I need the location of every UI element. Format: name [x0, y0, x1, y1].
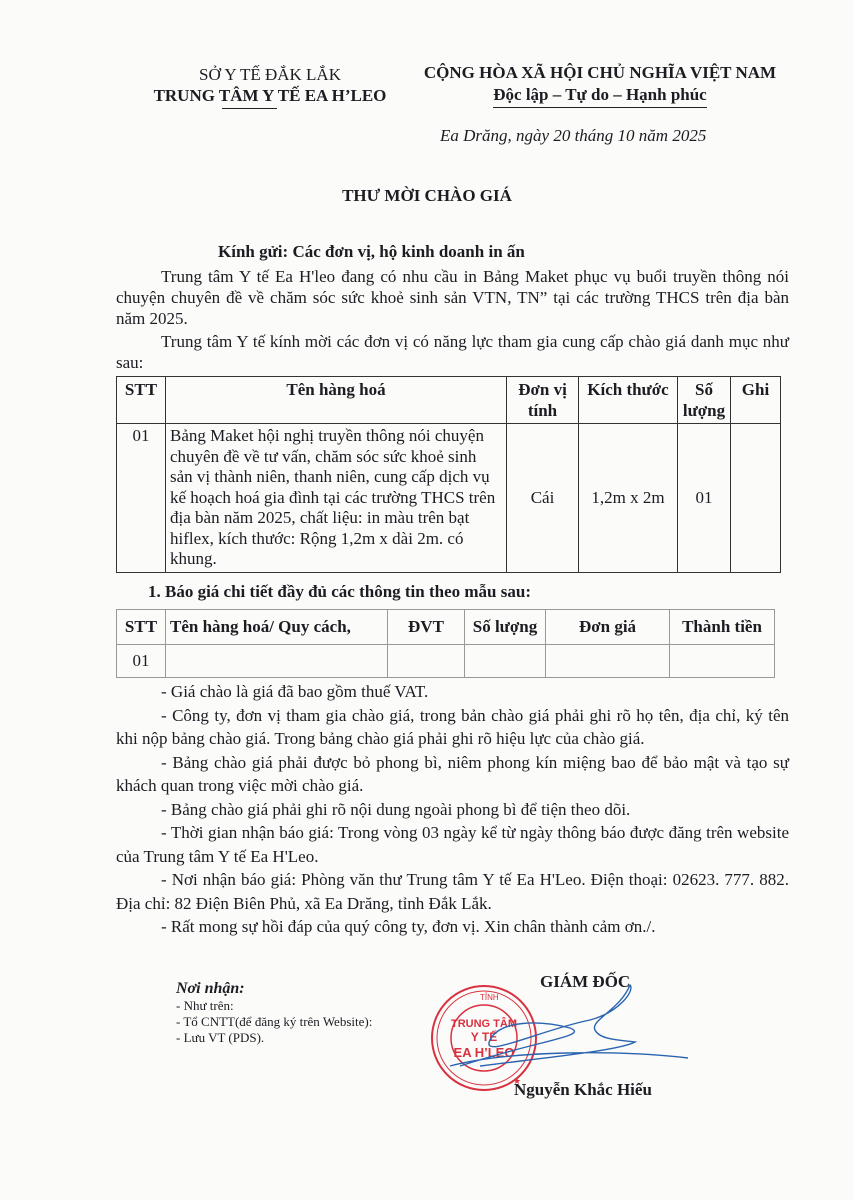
national-motto: Độc lập – Tự do – Hạnh phúc: [493, 84, 706, 108]
conditions-list: - Giá chào là giá đã bao gồm thuế VAT. -…: [116, 680, 789, 939]
svg-text:TỈNH: TỈNH: [480, 993, 499, 1002]
recipients-heading: Nơi nhận:: [176, 980, 372, 998]
cell-unit: [388, 645, 465, 678]
recipient-item: - Như trên:: [176, 998, 372, 1014]
org-underline: [222, 108, 277, 109]
col-stt: STT: [117, 610, 166, 645]
cell-unit-price: [546, 645, 670, 678]
org-parent: SỞ Y TẾ ĐẮK LẮK: [120, 64, 420, 85]
col-stt: STT: [117, 377, 166, 424]
condition-item: - Bảng chào giá phải được bỏ phong bì, n…: [116, 751, 789, 798]
org-name: TRUNG TÂM Y TẾ EA H’LEO: [120, 85, 420, 106]
col-total: Thành tiền: [670, 610, 775, 645]
cell-qty: [465, 645, 546, 678]
issuing-organization: SỞ Y TẾ ĐẮK LẮK TRUNG TÂM Y TẾ EA H’LEO: [120, 64, 420, 106]
greeting: Kính gửi: Các đơn vị, hộ kinh doanh in ấ…: [218, 242, 525, 262]
svg-text:Y TẾ: Y TẾ: [471, 1029, 497, 1044]
official-stamp-icon: TRUNG TÂM Y TẾ EA H’LEO TỈNH ★: [432, 986, 536, 1090]
table-row: 01 Bảng Maket hội nghị truyền thông nói …: [117, 424, 781, 573]
national-header: CỘNG HÒA XÃ HỘI CHỦ NGHĨA VIỆT NAM Độc l…: [400, 62, 800, 108]
cell-note: [731, 424, 781, 573]
document-title: THƯ MỜI CHÀO GIÁ: [0, 186, 854, 206]
recipients-block: Nơi nhận: - Như trên: - Tổ CNTT(để đăng …: [176, 980, 372, 1046]
col-unit: Đơn vị tính: [507, 377, 579, 424]
cell-name: Bảng Maket hội nghị truyền thông nói chu…: [166, 424, 507, 573]
cell-stt: 01: [117, 645, 166, 678]
condition-item: - Nơi nhận báo giá: Phòng văn thư Trung …: [116, 868, 789, 915]
recipient-item: - Tổ CNTT(để đăng ký trên Website):: [176, 1014, 372, 1030]
cell-qty: 01: [678, 424, 731, 573]
condition-item: - Công ty, đơn vị tham gia chào giá, tro…: [116, 704, 789, 751]
quote-table-header: STT Tên hàng hoá/ Quy cách, ĐVT Số lượng…: [117, 610, 775, 645]
items-table-header: STT Tên hàng hoá Đơn vị tính Kích thước …: [117, 377, 781, 424]
cell-name-spec: [166, 645, 388, 678]
col-note: Ghi: [731, 377, 781, 424]
table-row: 01: [117, 645, 775, 678]
col-unit-price: Đơn giá: [546, 610, 670, 645]
cell-total: [670, 645, 775, 678]
svg-text:TRUNG TÂM: TRUNG TÂM: [451, 1017, 517, 1030]
col-size: Kích thước: [579, 377, 678, 424]
col-unit: ĐVT: [388, 610, 465, 645]
cell-size: 1,2m x 2m: [579, 424, 678, 573]
items-table: STT Tên hàng hoá Đơn vị tính Kích thước …: [116, 376, 781, 573]
col-name: Tên hàng hoá: [166, 377, 507, 424]
col-qty: Số lượng: [465, 610, 546, 645]
condition-item: - Thời gian nhận báo giá: Trong vòng 03 …: [116, 821, 789, 868]
intro-paragraph-2: Trung tâm Y tế kính mời các đơn vị có nă…: [116, 331, 789, 373]
cell-unit: Cái: [507, 424, 579, 573]
recipient-item: - Lưu VT (PDS).: [176, 1030, 372, 1046]
col-qty: Số lượng: [678, 377, 731, 424]
condition-item: - Rất mong sự hồi đáp của quý công ty, đ…: [116, 915, 789, 939]
col-name-spec: Tên hàng hoá/ Quy cách,: [166, 610, 388, 645]
date-line: Ea Drăng, ngày 20 tháng 10 năm 2025: [440, 126, 706, 146]
cell-stt: 01: [117, 424, 166, 573]
condition-item: - Giá chào là giá đã bao gồm thuế VAT.: [116, 680, 789, 704]
intro-paragraph-1: Trung tâm Y tế Ea H'leo đang có nhu cầu …: [116, 266, 789, 329]
national-title: CỘNG HÒA XÃ HỘI CHỦ NGHĨA VIỆT NAM: [400, 62, 800, 84]
condition-item: - Bảng chào giá phải ghi rõ nội dung ngo…: [116, 798, 789, 822]
quote-table: STT Tên hàng hoá/ Quy cách, ĐVT Số lượng…: [116, 609, 775, 678]
signer-name: Nguyễn Khắc Hiếu: [514, 1080, 652, 1100]
section-1-heading: 1. Báo giá chi tiết đầy đủ các thông tin…: [148, 582, 531, 602]
